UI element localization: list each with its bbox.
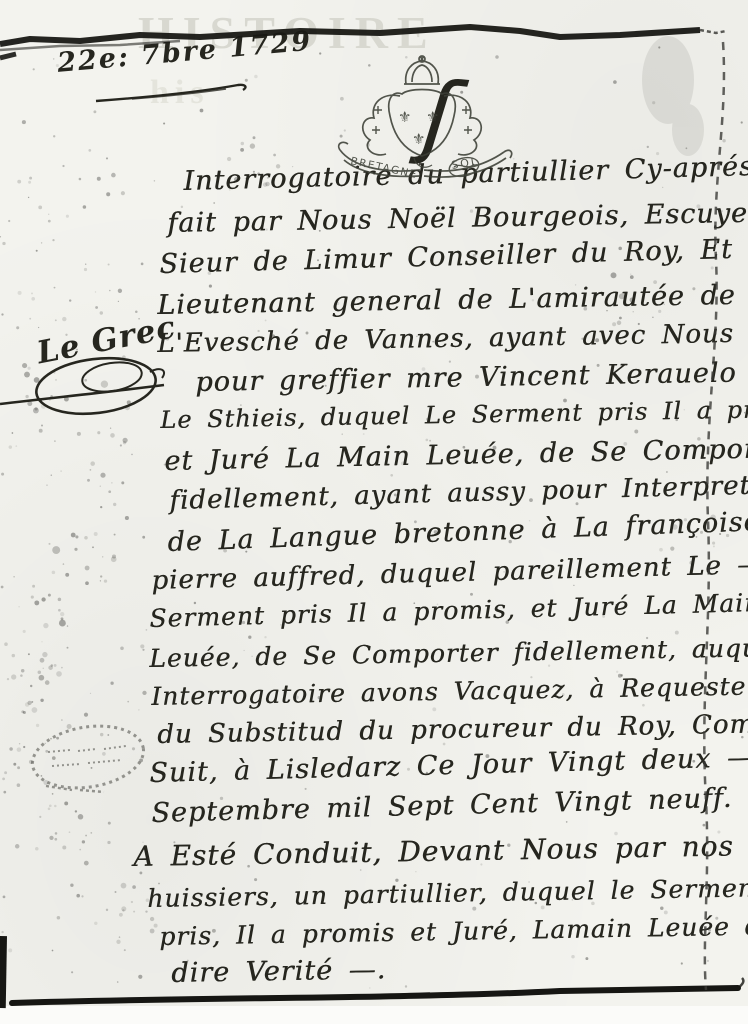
- manuscript-scan-page: HISTOIRE his 22e: 7bre 1729 ʃ Interrogat…: [0, 0, 748, 1024]
- scan-margin-bottom: [0, 1006, 748, 1024]
- manuscript-line: huissiers, un partiullier, duquel le Ser…: [147, 872, 748, 913]
- manuscript-line: Serment pris Il a promis, et Juré La Mai…: [149, 587, 748, 633]
- manuscript-line: pierre auffred, duquel pareillement Le —: [151, 550, 748, 596]
- manuscript-line: Sieur de Limur Conseiller du Roy, Et —: [159, 233, 748, 280]
- manuscript-line: Leuée, de Se Comporter fidellement, auqu…: [149, 632, 748, 673]
- manuscript-line: Suit, à Lisledarz Ce Jour Vingt deux —: [149, 742, 748, 789]
- manuscript-line: Interrogatoire avons Vacquez, à Requeste…: [151, 671, 748, 711]
- manuscript-line: dire Verité —.: [171, 954, 386, 989]
- manuscript-line: Le Sthieis, duquel Le Serment pris Il a …: [160, 394, 748, 434]
- manuscript-line: Septembre mil Sept Cent Vingt neuff. —: [151, 782, 748, 829]
- manuscript-line: pris, Il a promis et Juré, Lamain Leuée …: [159, 910, 748, 951]
- manuscript-line: Interrogatoire du partiullier Cy-aprés: [183, 151, 748, 197]
- manuscript-line: et Juré La Main Leuée, de Se Comporter: [164, 433, 748, 477]
- manuscript-line: pour greffier mre Vincent Kerauelo ~: [195, 357, 748, 398]
- manuscript-text-layer: Interrogatoire du partiullier Cy-aprésfa…: [0, 0, 748, 1024]
- manuscript-line: L'Evesché de Vannes, ayant avec Nous —: [157, 318, 748, 359]
- manuscript-line: A Esté Conduit, Devant Nous par nos —: [133, 829, 748, 873]
- manuscript-line: fait par Nous Noël Bourgeois, Escuyer ~: [167, 197, 748, 239]
- manuscript-line: Lieutenant general de L'amirautée de: [157, 280, 736, 321]
- manuscript-line: de La Langue bretonne à La françoise: [167, 506, 748, 558]
